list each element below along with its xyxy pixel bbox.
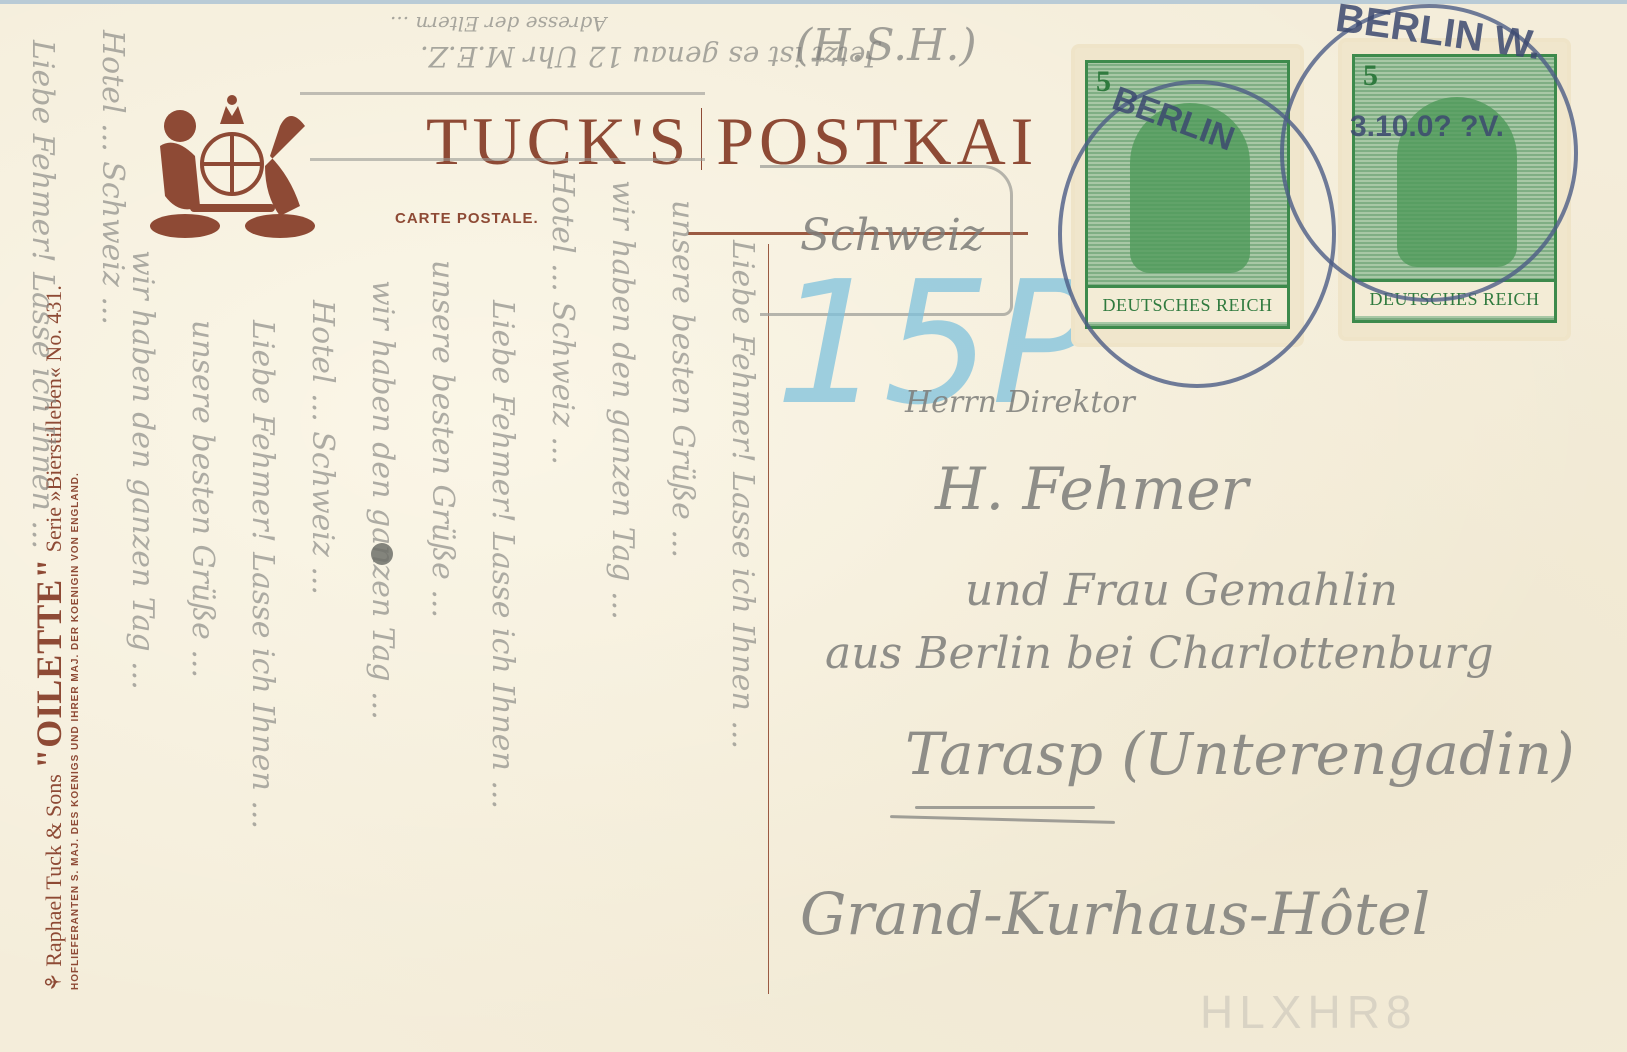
underline	[890, 815, 1115, 824]
postcard-back: TUCK'SPOSTKAI CARTE POSTALE. ⚘ Raphael T…	[0, 0, 1627, 1052]
tuck-easel-logo-icon: ⚘	[41, 972, 66, 992]
message-column: unsere besten Grüße ...	[185, 320, 220, 678]
ink-blot	[371, 543, 393, 565]
address-line-4: Tarasp (Unterengadin)	[905, 720, 1575, 788]
message-column: Hotel ... Schweiz ...	[305, 300, 340, 595]
carte-postale-label: CARTE POSTALE.	[395, 210, 539, 227]
royal-warrant-line: HOFLIEFERANTEN S. MAJ. DES KOENIGS UND I…	[70, 472, 81, 990]
message-column: Hotel ... Schweiz ...	[545, 170, 580, 465]
faint-pencil-mark: HLXHR8	[1200, 985, 1418, 1039]
stamp-value: 5	[1096, 65, 1111, 99]
message-column: unsere besten Grüße ...	[425, 260, 460, 618]
oilette-brand: "OILETTE"	[29, 558, 69, 769]
publisher-name: Raphael Tuck & Sons	[41, 774, 66, 967]
pencil-stroke	[310, 158, 705, 161]
address-line-3: aus Berlin bei Charlottenburg	[825, 628, 1494, 679]
address-line-5: Grand-Kurhaus-Hôtel	[800, 880, 1430, 948]
upside-down-note: Adresse der Eltern ...	[390, 12, 607, 36]
message-column: Liebe Fehmer! Lasse ich Ihnen ...	[725, 240, 760, 749]
postmark-date: 3.10.0? ?V.	[1350, 110, 1504, 144]
message-column: Liebe Fehmer! Lasse ich Ihnen ...	[25, 40, 60, 549]
message-column: wir haben den ganzen Tag ...	[125, 250, 160, 690]
message-column: Hotel ... Schweiz ...	[95, 30, 130, 325]
header-title-left: TUCK'S	[426, 103, 691, 179]
message-address-divider	[768, 244, 769, 994]
pencil-stroke	[300, 92, 705, 95]
royal-coat-of-arms-icon	[140, 86, 325, 246]
address-salutation: Herrn Direktor	[905, 385, 1135, 420]
message-column: Liebe Fehmer! Lasse ich Ihnen ...	[245, 320, 280, 829]
message-column: wir haben den ganzen Tag ...	[365, 280, 400, 720]
message-column: wir haben den ganzen Tag ...	[605, 180, 640, 620]
message-column: Liebe Fehmer! Lasse ich Ihnen ...	[485, 300, 520, 809]
address-name: H. Fehmer	[935, 455, 1248, 523]
message-column: unsere besten Grüße ...	[665, 200, 700, 558]
underline	[915, 806, 1095, 809]
address-line-2: und Frau Gemahlin	[965, 565, 1398, 616]
top-pencil-note: (H.S.H.)	[795, 20, 977, 71]
